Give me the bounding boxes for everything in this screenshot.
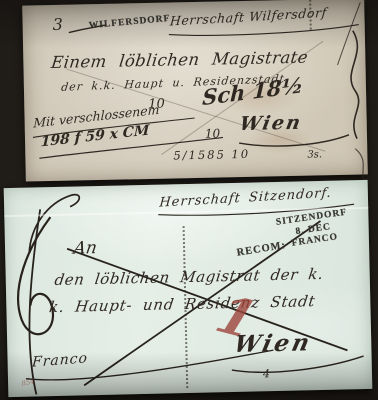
pencil-collector-number: 854 xyxy=(21,379,35,388)
right-paraph-flourish xyxy=(350,31,359,139)
destination-wien-bottom: Wien xyxy=(232,331,315,356)
flourish-diagonal xyxy=(336,3,361,65)
address-line-1: den löblichen Magistrat der k. xyxy=(54,267,325,288)
wilfersdorf-postmark: WILFERSDORF xyxy=(89,15,171,32)
pen-number: 3 xyxy=(52,17,63,33)
top-left-curl xyxy=(28,195,81,254)
left-paraph-loop xyxy=(16,217,53,335)
destination-wien-top: Wien xyxy=(238,114,304,134)
wien-underline xyxy=(232,356,364,373)
rate-mark-10-small: 10 xyxy=(205,127,221,139)
small-mark-4: 4 xyxy=(263,368,270,379)
endorsement-herrschaft-wilfersdorf: Herrschaft Wilfersdorf xyxy=(169,7,327,28)
franco-notation: Franco xyxy=(32,351,89,369)
address-line-2: k. Haupt- und Residenz Stadt xyxy=(48,294,316,315)
wien-underline xyxy=(239,135,349,147)
photo-two-postal-covers: 3 WILFERSDORF Herrschaft Wilfersdorf Ein… xyxy=(0,0,378,400)
docket-number: 5/1585 10 xyxy=(173,149,250,162)
recom-stamp: RECOM: xyxy=(236,241,287,259)
salutation-an: An xyxy=(72,240,98,258)
endorsement-herrschaft-sitzendorf: Herrschaft Sitzendorf. xyxy=(159,187,333,210)
address-line-1: Einem löblichen Magistrate xyxy=(50,50,309,72)
corner-mark: 3s. xyxy=(307,150,322,160)
cover-wilfersdorf: 3 WILFERSDORF Herrschaft Wilfersdorf Ein… xyxy=(22,0,368,182)
cover-sitzendorf: Herrschaft Sitzendorf. SITZENDORF 8. DEC… xyxy=(4,180,373,397)
